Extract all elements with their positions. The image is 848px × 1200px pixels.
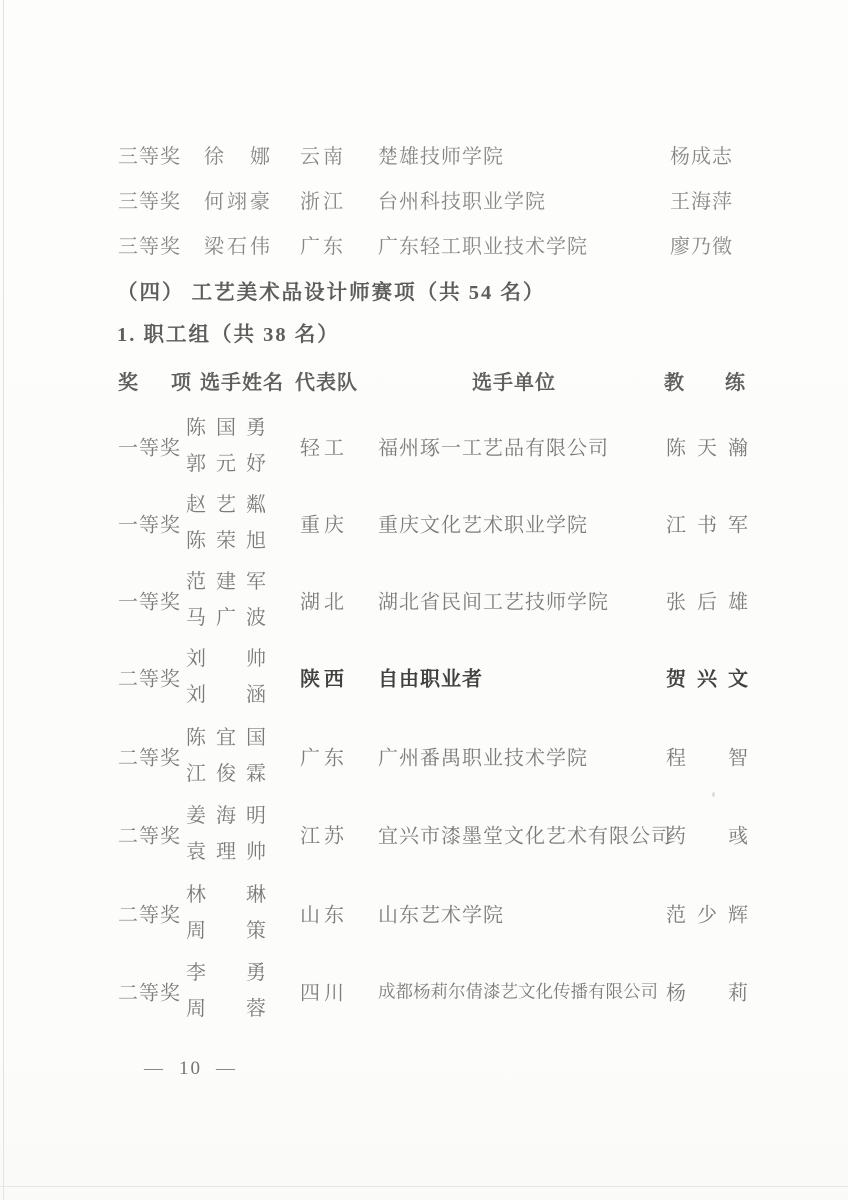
competitor-name: 徐 娜	[204, 140, 270, 169]
table-row: 二等奖 林 琳 周 策 山东 山东艺术学院 范少辉	[0, 877, 848, 949]
scan-speck	[712, 792, 715, 797]
team-label: 湖北	[300, 586, 348, 615]
prize-label: 三等奖	[118, 230, 181, 259]
team-label: 四川	[300, 977, 348, 1006]
header-competitor-name: 选手姓名	[200, 366, 284, 395]
scanned-document-page: 三等奖 徐 娜 云南 楚雄技师学院 杨成志 三等奖 何翊豪 浙江 台州科技职业学…	[0, 0, 848, 1200]
award-row: 三等奖 梁石伟 广东 广东轻工职业技术学院 廖乃徵	[0, 230, 848, 254]
header-unit: 选手单位	[378, 366, 650, 395]
competitor-name-2: 袁理帅	[186, 834, 266, 870]
competitor-name-2: 马广波	[186, 600, 266, 636]
prize-label: 二等奖	[118, 899, 181, 928]
table-row: 一等奖 范建军 马广波 湖北 湖北省民间工艺技师学院 张后雄	[0, 564, 848, 636]
team-label: 重庆	[300, 509, 348, 538]
coach-name: 王海萍	[670, 185, 733, 214]
team-label: 广东	[300, 742, 348, 771]
table-header: 奖 项 选手姓名 代表队 选手单位 教 练	[0, 366, 848, 392]
coach-name: 药 彧	[666, 820, 748, 849]
competitor-name-2: 江俊霖	[186, 756, 266, 792]
coach-name: 范少辉	[666, 899, 748, 928]
prize-label: 一等奖	[118, 509, 181, 538]
competitor-names: 姜海明 袁理帅	[186, 798, 266, 870]
prize-label: 三等奖	[118, 140, 181, 169]
table-row: 二等奖 刘 帅 刘 涵 陕西 自由职业者 贺兴文	[0, 641, 848, 713]
prize-label: 一等奖	[118, 432, 181, 461]
coach-name: 杨 莉	[666, 977, 748, 1006]
prize-label: 二等奖	[118, 742, 181, 771]
team-label: 江苏	[300, 820, 348, 849]
competitor-names: 李 勇 周 蓉	[186, 955, 266, 1027]
table-row: 一等奖 陈国勇 郭元妤 轻工 福州琢一工艺品有限公司 陈天瀚	[0, 410, 848, 482]
unit-label: 广州番禺职业技术学院	[378, 742, 588, 771]
page-number-dash-right: —	[216, 1058, 237, 1079]
coach-name: 江书军	[666, 509, 748, 538]
header-prize: 奖 项	[118, 366, 192, 395]
prize-label: 二等奖	[118, 977, 181, 1006]
competitor-name-1: 姜海明	[186, 798, 266, 834]
coach-name: 陈天瀚	[666, 432, 748, 461]
team-label: 轻工	[300, 432, 348, 461]
competitor-name-1: 林 琳	[186, 877, 266, 913]
award-row: 三等奖 徐 娜 云南 楚雄技师学院 杨成志	[0, 140, 848, 164]
table-row: 二等奖 姜海明 袁理帅 江苏 宜兴市漆墨堂文化艺术有限公司 药 彧	[0, 798, 848, 870]
team-label: 云南	[300, 140, 346, 169]
unit-label: 宜兴市漆墨堂文化艺术有限公司	[378, 820, 672, 849]
page-number: —10—	[130, 1058, 251, 1080]
team-label: 浙江	[300, 185, 346, 214]
coach-name: 程 智	[666, 742, 748, 771]
competitor-names: 陈国勇 郭元妤	[186, 410, 266, 482]
unit-label: 重庆文化艺术职业学院	[378, 509, 588, 538]
competitor-name-2: 周 蓉	[186, 991, 266, 1027]
competitor-name-2: 郭元妤	[186, 446, 266, 482]
unit-label: 湖北省民间工艺技师学院	[378, 586, 609, 615]
competitor-names: 陈宜国 江俊霖	[186, 720, 266, 792]
prize-label: 一等奖	[118, 586, 181, 615]
competitor-names: 林 琳 周 策	[186, 877, 266, 949]
section-subheading: 1. 职工组（共 38 名）	[117, 317, 340, 347]
unit-label: 成都杨莉尔倩漆艺文化传播有限公司	[378, 979, 658, 1004]
award-row: 三等奖 何翊豪 浙江 台州科技职业学院 王海萍	[0, 185, 848, 209]
competitor-names: 赵艺粼 陈荣旭	[186, 487, 266, 559]
competitor-name: 梁石伟	[204, 230, 270, 259]
table-row: 一等奖 赵艺粼 陈荣旭 重庆 重庆文化艺术职业学院 江书军	[0, 487, 848, 559]
table-row: 二等奖 李 勇 周 蓉 四川 成都杨莉尔倩漆艺文化传播有限公司 杨 莉	[0, 955, 848, 1027]
competitor-name-1: 刘 帅	[186, 641, 266, 677]
unit-label: 福州琢一工艺品有限公司	[378, 432, 609, 461]
competitor-name: 何翊豪	[204, 185, 270, 214]
unit-label: 台州科技职业学院	[378, 185, 546, 214]
team-label: 山东	[300, 899, 348, 928]
unit-label: 广东轻工职业技术学院	[378, 230, 588, 259]
coach-name: 张后雄	[666, 586, 748, 615]
unit-label: 山东艺术学院	[378, 899, 504, 928]
unit-label: 自由职业者	[378, 663, 483, 692]
prize-label: 二等奖	[118, 820, 181, 849]
competitor-name-1: 范建军	[186, 564, 266, 600]
page-number-dash-left: —	[144, 1058, 165, 1079]
header-team: 代表队	[295, 366, 358, 395]
team-label: 陕西	[300, 663, 348, 692]
coach-name: 贺兴文	[666, 663, 748, 692]
competitor-names: 刘 帅 刘 涵	[186, 641, 266, 713]
coach-name: 杨成志	[670, 140, 733, 169]
unit-label: 楚雄技师学院	[378, 140, 504, 169]
section-heading: （四） 工艺美术品设计师赛项（共 54 名）	[117, 275, 545, 305]
team-label: 广东	[300, 230, 346, 259]
table-row: 二等奖 陈宜国 江俊霖 广东 广州番禺职业技术学院 程 智	[0, 720, 848, 792]
scan-edge-bottom	[0, 1186, 848, 1187]
competitor-name-2: 陈荣旭	[186, 523, 266, 559]
coach-name: 廖乃徵	[670, 230, 733, 259]
competitor-name-1: 陈宜国	[186, 720, 266, 756]
competitor-name-1: 赵艺粼	[186, 487, 266, 523]
prize-label: 二等奖	[118, 663, 181, 692]
header-coach: 教 练	[664, 366, 746, 395]
competitor-name-1: 陈国勇	[186, 410, 266, 446]
prize-label: 三等奖	[118, 185, 181, 214]
competitor-names: 范建军 马广波	[186, 564, 266, 636]
page-number-value: 10	[179, 1058, 202, 1079]
competitor-name-1: 李 勇	[186, 955, 266, 991]
competitor-name-2: 刘 涵	[186, 677, 266, 713]
competitor-name-2: 周 策	[186, 913, 266, 949]
